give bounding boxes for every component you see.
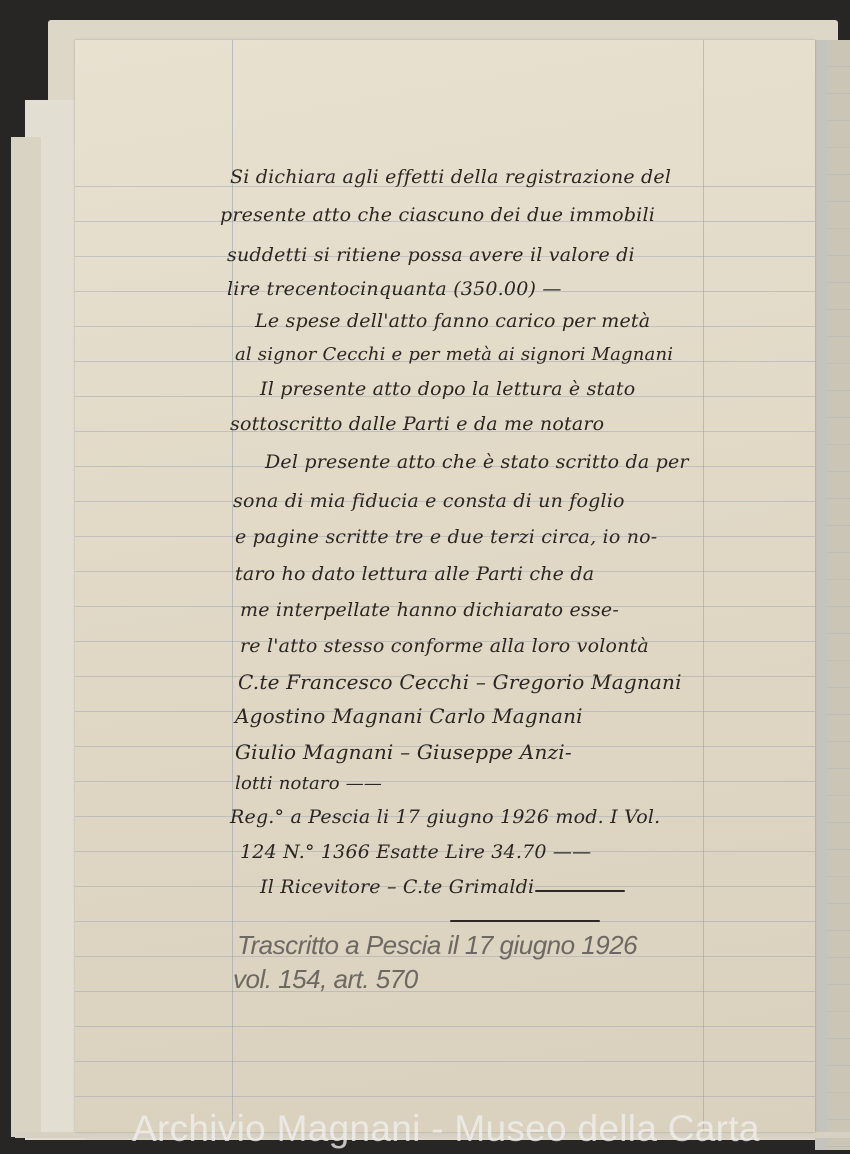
text-line: presente atto che ciascuno dei due immob… xyxy=(220,206,655,225)
document-page: Si dichiara agli effetti della registraz… xyxy=(75,40,815,1132)
text-line: me interpellate hanno dichiarato esse- xyxy=(240,601,619,620)
ink-underline xyxy=(450,920,600,922)
text-line: Del presente atto che è stato scritto da… xyxy=(265,453,689,472)
signature-line: Giulio Magnani – Giuseppe Anzi- xyxy=(235,742,572,762)
text-line: Si dichiara agli effetti della registraz… xyxy=(230,168,671,187)
text-line: Il presente atto dopo la lettura è stato xyxy=(260,380,635,399)
ruled-line xyxy=(75,1026,815,1027)
text-line: taro ho dato lettura alle Parti che da xyxy=(235,565,594,584)
registration-line: 124 N.° 1366 Esatte Lire 34.70 —— xyxy=(240,843,591,862)
registration-signature: Il Ricevitore – C.te Grimaldi xyxy=(260,878,534,897)
text-line: suddetti si ritiene possa avere il valor… xyxy=(227,246,635,265)
signature-line: lotti notaro —— xyxy=(235,775,382,793)
ink-dash xyxy=(535,890,625,892)
signature-line: Agostino Magnani Carlo Magnani xyxy=(235,706,583,726)
ruled-line xyxy=(75,781,815,782)
text-line: al signor Cecchi e per metà ai signori M… xyxy=(235,346,673,364)
ruled-line xyxy=(75,1061,815,1062)
text-line: lire trecentocinquanta (350.00) — xyxy=(227,280,562,299)
back-sheet-left-edge-2 xyxy=(11,137,41,1137)
right-margin-line xyxy=(703,40,704,1132)
registration-line: Reg.° a Pescia li 17 giugno 1926 mod. I … xyxy=(230,808,660,827)
text-line: sona di mia fiducia e consta di un fogli… xyxy=(233,492,625,511)
ruled-line xyxy=(75,1096,815,1097)
watermark: Archivio Magnani - Museo della Carta xyxy=(132,1108,760,1150)
text-line: Le spese dell'atto fanno carico per metà xyxy=(255,312,650,331)
text-line: re l'atto stesso conforme alla loro volo… xyxy=(240,637,649,656)
ruled-line xyxy=(75,921,815,922)
pencil-note-line: vol. 154, art. 570 xyxy=(233,966,418,992)
text-line: sottoscritto dalle Parti e da me notaro xyxy=(230,415,604,434)
right-sheet-rules xyxy=(827,40,850,1150)
text-line: e pagine scritte tre e due terzi circa, … xyxy=(235,528,657,547)
ruled-line xyxy=(75,991,815,992)
signature-line: C.te Francesco Cecchi – Gregorio Magnani xyxy=(238,672,682,692)
pencil-note-line: Trascritto a Pescia il 17 giugno 1926 xyxy=(237,932,637,958)
